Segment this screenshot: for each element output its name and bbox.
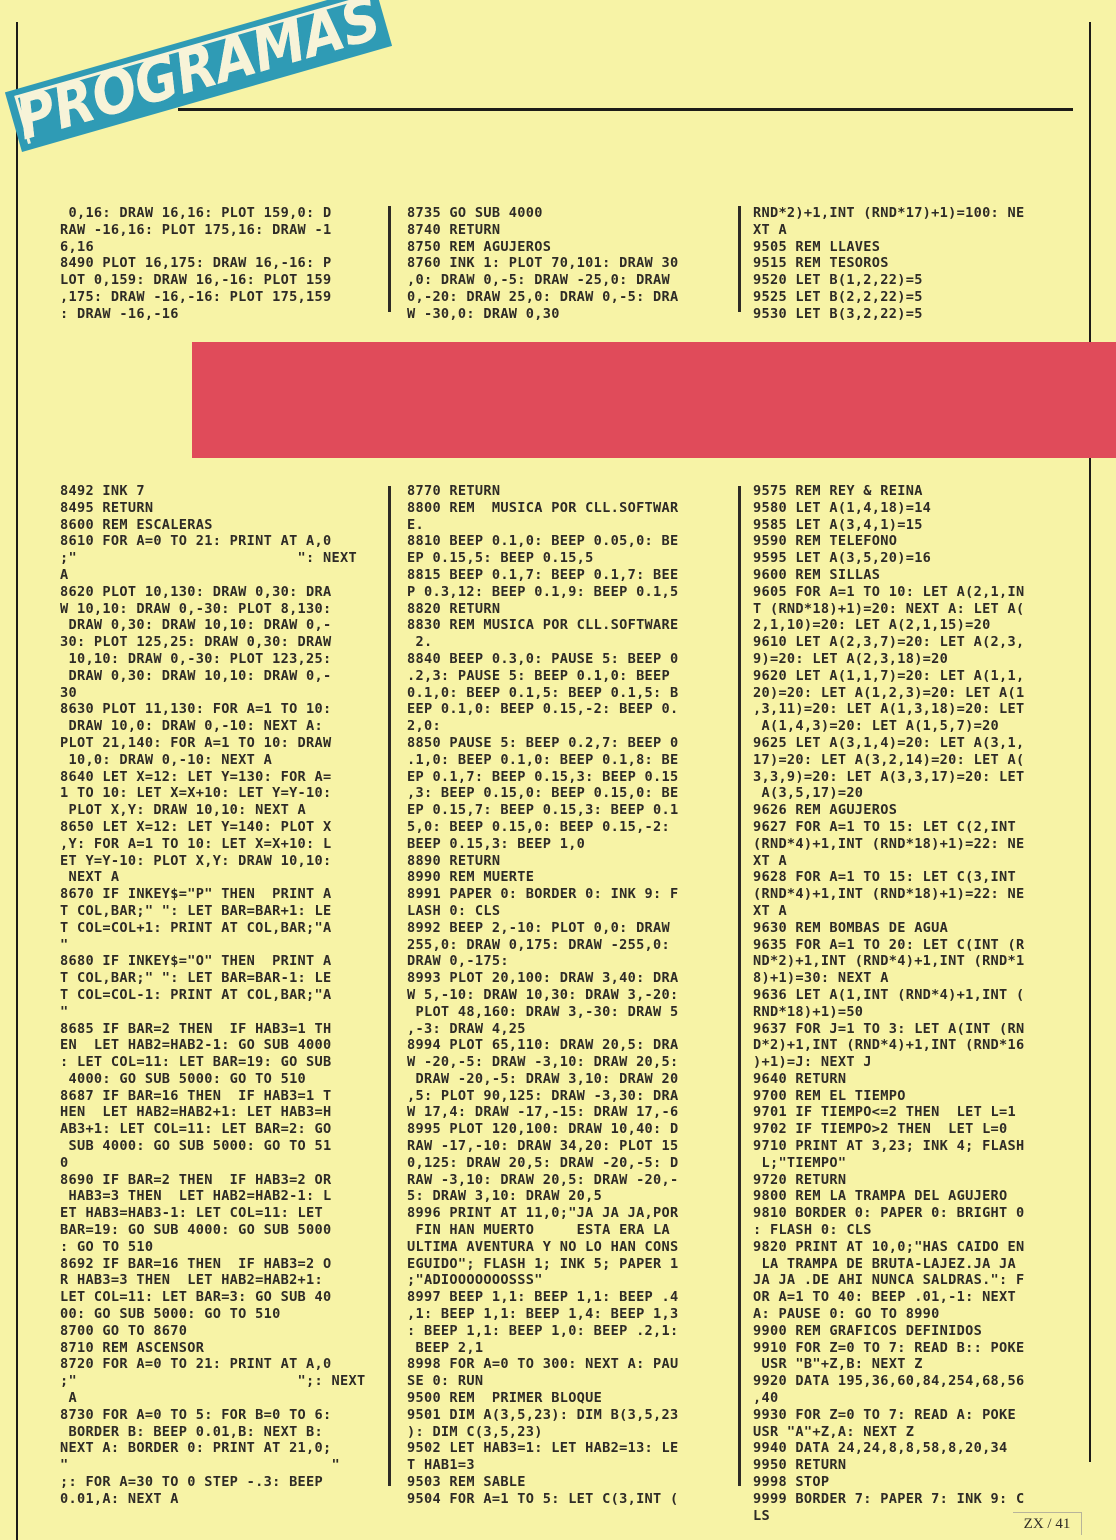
code-line: 8710 REM ASCENSOR [60, 1340, 365, 1357]
code-line: A(1,4,3)=20: LET A(1,5,7)=20 [753, 718, 1025, 735]
code-line: : FLASH 0: CLS [753, 1222, 1025, 1239]
code-line: LS [753, 1508, 1025, 1525]
code-line: (RND*4)+1,INT (RND*18)+1)=22: NE [753, 836, 1025, 853]
code-line: LA TRAMPA DE BRUTA-LAJEZ.JA JA [753, 1256, 1025, 1273]
column-separator [388, 206, 391, 312]
code-line: 9820 PRINT AT 10,0;"HAS CAIDO EN [753, 1239, 1025, 1256]
code-line: 9700 REM EL TIEMPO [753, 1088, 1025, 1105]
code-line: " " [60, 1457, 365, 1474]
code-line: 8990 REM MUERTE [407, 869, 679, 886]
code-line: EP 0.1,7: BEEP 0.15,3: BEEP 0.15 [407, 769, 679, 786]
code-line: HEN LET HAB2=HAB2+1: LET HAB3=H [60, 1104, 365, 1121]
code-line: 255,0: DRAW 0,175: DRAW -255,0: [407, 937, 679, 954]
code-line: 8490 PLOT 16,175: DRAW 16,-16: P [60, 255, 332, 272]
code-line: 8815 BEEP 0.1,7: BEEP 0.1,7: BEE [407, 567, 679, 584]
code-line: 8720 FOR A=0 TO 21: PRINT AT A,0 [60, 1356, 365, 1373]
code-line: LASH 0: CLS [407, 903, 679, 920]
code-line: 9520 LET B(1,2,22)=5 [753, 272, 1025, 289]
code-line: USR "B"+Z,B: NEXT Z [753, 1356, 1025, 1373]
code-line: 9600 REM SILLAS [753, 567, 1025, 584]
code-line: 8492 INK 7 [60, 483, 365, 500]
code-line: 3,3,9)=20: LET A(3,3,17)=20: LET [753, 769, 1025, 786]
section-logo: PROGRAMAS [5, 0, 392, 152]
code-line: 8687 IF BAR=16 THEN IF HAB3=1 T [60, 1088, 365, 1105]
code-line: 9930 FOR Z=0 TO 7: READ A: POKE [753, 1407, 1025, 1424]
column-separator [388, 486, 391, 1486]
code-line: 9625 LET A(3,1,4)=20: LET A(3,1, [753, 735, 1025, 752]
column-separator [738, 486, 741, 1486]
code-line: PLOT X,Y: DRAW 10,10: NEXT A [60, 802, 365, 819]
code-line: NEXT A: BORDER 0: PRINT AT 21,0; [60, 1440, 365, 1457]
code-line: JA JA .DE AHI NUNCA SALDRAS.": F [753, 1272, 1025, 1289]
code-line: 0,125: DRAW 20,5: DRAW -20,-5: D [407, 1155, 679, 1172]
code-line: 5,0: BEEP 0.15,0: BEEP 0.15,-2: [407, 819, 679, 836]
code-line: 0,16: DRAW 16,16: PLOT 159,0: D [60, 205, 332, 222]
code-line: (RND*4)+1,INT (RND*18)+1)=22: NE [753, 886, 1025, 903]
code-line: 8840 BEEP 0.3,0: PAUSE 5: BEEP 0 [407, 651, 679, 668]
code-line: 8610 FOR A=0 TO 21: PRINT AT A,0 [60, 533, 365, 550]
code-line: ;: FOR A=30 TO 0 STEP -.3: BEEP [60, 1474, 365, 1491]
code-line: 8750 REM AGUJEROS [407, 239, 679, 256]
code-line: 9920 DATA 195,36,60,84,254,68,56 [753, 1373, 1025, 1390]
code-line: USR "A"+Z,A: NEXT Z [753, 1424, 1025, 1441]
code-line: 9620 LET A(1,1,7)=20: LET A(1,1, [753, 668, 1025, 685]
code-line: RAW -16,16: PLOT 175,16: DRAW -1 [60, 222, 332, 239]
code-line: ET HAB3=HAB3-1: LET COL=11: LET [60, 1205, 365, 1222]
code-line: DRAW 0,-175: [407, 953, 679, 970]
code-line: 9800 REM LA TRAMPA DEL AGUJERO [753, 1188, 1025, 1205]
code-line: 8810 BEEP 0.1,0: BEEP 0.05,0: BE [407, 533, 679, 550]
code-line: 8620 PLOT 10,130: DRAW 0,30: DRA [60, 584, 365, 601]
code-line: ;" ": NEXT [60, 550, 365, 567]
code-line: 10,0: DRAW 0,-10: NEXT A [60, 752, 365, 769]
code-line: 9637 FOR J=1 TO 3: LET A(INT (RN [753, 1021, 1025, 1038]
code-line: 8890 RETURN [407, 853, 679, 870]
code-line: 30 [60, 685, 365, 702]
code-line: 9530 LET B(3,2,22)=5 [753, 306, 1025, 323]
code-line: : LET COL=11: LET BAR=19: GO SUB [60, 1054, 365, 1071]
code-line: ,3,11)=20: LET A(1,3,18)=20: LET [753, 701, 1025, 718]
column-separator [738, 206, 741, 312]
code-line: : DRAW -16,-16 [60, 306, 332, 323]
code-line: E. [407, 517, 679, 534]
bottom-code-column-1: 8492 INK 78495 RETURN8600 REM ESCALERAS8… [60, 483, 365, 1508]
code-line: 2. [407, 634, 679, 651]
code-line: 9605 FOR A=1 TO 10: LET A(2,1,IN [753, 584, 1025, 601]
code-line: ND*2)+1,INT (RND*4)+1,INT (RND*1 [753, 953, 1025, 970]
code-line: NEXT A [60, 869, 365, 886]
code-line: 8993 PLOT 20,100: DRAW 3,40: DRA [407, 970, 679, 987]
code-line: 8730 FOR A=0 TO 5: FOR B=0 TO 6: [60, 1407, 365, 1424]
code-line: ,Y: FOR A=1 TO 10: LET X=X+10: L [60, 836, 365, 853]
code-line: 8640 LET X=12: LET Y=130: FOR A= [60, 769, 365, 786]
code-line: 9580 LET A(1,4,18)=14 [753, 500, 1025, 517]
code-line: 0.01,A: NEXT A [60, 1491, 365, 1508]
code-line: 9702 IF TIEMPO>2 THEN LET L=0 [753, 1121, 1025, 1138]
code-line: 8)+1)=30: NEXT A [753, 970, 1025, 987]
bottom-code-column-2: 8770 RETURN8800 REM MUSICA POR CLL.SOFTW… [407, 483, 679, 1508]
code-line: SUB 4000: GO SUB 5000: GO TO 51 [60, 1138, 365, 1155]
code-line: 6,16 [60, 239, 332, 256]
code-line: 9626 REM AGUJEROS [753, 802, 1025, 819]
code-line: ,3: BEEP 0.15,0: BEEP 0.15,0: BE [407, 785, 679, 802]
code-line: T (RND*18)+1)=20: NEXT A: LET A( [753, 601, 1025, 618]
code-line: 9630 REM BOMBAS DE AGUA [753, 920, 1025, 937]
code-line: .1,0: BEEP 0.1,0: BEEP 0.1,8: BE [407, 752, 679, 769]
code-line: 10,10: DRAW 0,-30: PLOT 123,25: [60, 651, 365, 668]
code-line: 8800 REM MUSICA POR CLL.SOFTWAR [407, 500, 679, 517]
code-line: 9502 LET HAB3=1: LET HAB2=13: LE [407, 1440, 679, 1457]
code-line: 8670 IF INKEY$="P" THEN PRINT A [60, 886, 365, 903]
code-line: P 0.3,12: BEEP 0.1,9: BEEP 0.1,5 [407, 584, 679, 601]
code-line: BEEP 0.15,3: BEEP 1,0 [407, 836, 679, 853]
code-line: 20)=20: LET A(1,2,3)=20: LET A(1 [753, 685, 1025, 702]
code-line: 8690 IF BAR=2 THEN IF HAB3=2 OR [60, 1172, 365, 1189]
code-line: LET COL=11: LET BAR=3: GO SUB 40 [60, 1289, 365, 1306]
code-line: T HAB1=3 [407, 1457, 679, 1474]
code-line: 2,0: [407, 718, 679, 735]
code-line: ,0: DRAW 0,-5: DRAW -25,0: DRAW [407, 272, 679, 289]
page-frame-right [1089, 22, 1091, 1462]
code-line: 9636 LET A(1,INT (RND*4)+1,INT ( [753, 987, 1025, 1004]
code-line: 8760 INK 1: PLOT 70,101: DRAW 30 [407, 255, 679, 272]
code-line: T COL,BAR;" ": LET BAR=BAR-1: LE [60, 970, 365, 987]
code-line: L;"TIEMPO" [753, 1155, 1025, 1172]
code-line: " [60, 1004, 365, 1021]
code-line: T COL,BAR;" ": LET BAR=BAR+1: LE [60, 903, 365, 920]
code-line: DRAW 10,0: DRAW 0,-10: NEXT A: [60, 718, 365, 735]
code-line: 4000: GO SUB 5000: GO TO 510 [60, 1071, 365, 1088]
code-line: : GO TO 510 [60, 1239, 365, 1256]
code-line: OR A=1 TO 40: BEEP .01,-1: NEXT [753, 1289, 1025, 1306]
code-line: W -20,-5: DRAW -3,10: DRAW 20,5: [407, 1054, 679, 1071]
page-number: ZX / 41 [1013, 1512, 1082, 1535]
code-line: T COL=COL+1: PRINT AT COL,BAR;"A [60, 920, 365, 937]
code-line: XT A [753, 222, 1025, 239]
code-line: DRAW 0,30: DRAW 10,10: DRAW 0,- [60, 617, 365, 634]
code-line: ,1: BEEP 1,1: BEEP 1,4: BEEP 1,3 [407, 1306, 679, 1323]
code-line: A: PAUSE 0: GO TO 8990 [753, 1306, 1025, 1323]
code-line: 0 [60, 1155, 365, 1172]
code-line: 9503 REM SABLE [407, 1474, 679, 1491]
code-line: 8997 BEEP 1,1: BEEP 1,1: BEEP .4 [407, 1289, 679, 1306]
code-line: 9505 REM LLAVES [753, 239, 1025, 256]
code-line: XT A [753, 903, 1025, 920]
code-line: 8650 LET X=12: LET Y=140: PLOT X [60, 819, 365, 836]
page-frame-left [16, 22, 18, 1540]
code-line: 9501 DIM A(3,5,23): DIM B(3,5,23 [407, 1407, 679, 1424]
section-title: PROGRAMAS [9, 0, 388, 154]
code-line: 9635 FOR A=1 TO 20: LET C(INT (R [753, 937, 1025, 954]
code-line: HAB3=3 THEN LET HAB2=HAB2-1: L [60, 1188, 365, 1205]
code-line: BAR=19: GO SUB 4000: GO SUB 5000 [60, 1222, 365, 1239]
code-line: 9999 BORDER 7: PAPER 7: INK 9: C [753, 1491, 1025, 1508]
code-line: 9525 LET B(2,2,22)=5 [753, 289, 1025, 306]
code-line: ,5: PLOT 90,125: DRAW -3,30: DRA [407, 1088, 679, 1105]
code-line: PLOT 48,160: DRAW 3,-30: DRAW 5 [407, 1004, 679, 1021]
code-line: 9810 BORDER 0: PAPER 0: BRIGHT 0 [753, 1205, 1025, 1222]
code-line: 9940 DATA 24,24,8,8,58,8,20,34 [753, 1440, 1025, 1457]
code-line: 8998 FOR A=0 TO 300: NEXT A: PAU [407, 1356, 679, 1373]
code-line: 8991 PAPER 0: BORDER 0: INK 9: F [407, 886, 679, 903]
code-line: 9590 REM TELEFONO [753, 533, 1025, 550]
code-line: ET Y=Y-10: PLOT X,Y: DRAW 10,10: [60, 853, 365, 870]
code-line: RND*2)+1,INT (RND*17)+1)=100: NE [753, 205, 1025, 222]
code-line: 8994 PLOT 65,110: DRAW 20,5: DRA [407, 1037, 679, 1054]
code-line: 8996 PRINT AT 11,0;"JA JA JA,POR [407, 1205, 679, 1222]
code-line: 30: PLOT 125,25: DRAW 0,30: DRAW [60, 634, 365, 651]
code-line: ,-3: DRAW 4,25 [407, 1021, 679, 1038]
code-line: ,175: DRAW -16,-16: PLOT 175,159 [60, 289, 332, 306]
code-line: : BEEP 1,1: BEEP 1,0: BEEP .2,1: [407, 1323, 679, 1340]
code-line: 8692 IF BAR=16 THEN IF HAB3=2 O [60, 1256, 365, 1273]
code-line: BEEP 2,1 [407, 1340, 679, 1357]
red-banner-band [192, 342, 1116, 458]
code-line: ,40 [753, 1390, 1025, 1407]
code-line: 9595 LET A(3,5,20)=16 [753, 550, 1025, 567]
code-line: W -30,0: DRAW 0,30 [407, 306, 679, 323]
code-line: 0,-20: DRAW 25,0: DRAW 0,-5: DRA [407, 289, 679, 306]
code-line: 9628 FOR A=1 TO 15: LET C(3,INT [753, 869, 1025, 886]
code-line: 8770 RETURN [407, 483, 679, 500]
code-line: 9575 REM REY & REINA [753, 483, 1025, 500]
code-line: 9710 PRINT AT 3,23; INK 4; FLASH [753, 1138, 1025, 1155]
code-line: EP 0.15,7: BEEP 0.15,3: BEEP 0.1 [407, 802, 679, 819]
code-line: SE 0: RUN [407, 1373, 679, 1390]
code-line: 9515 REM TESOROS [753, 255, 1025, 272]
code-line: 9)=20: LET A(2,3,18)=20 [753, 651, 1025, 668]
code-line: ;" ";: NEXT [60, 1373, 365, 1390]
code-line: 9627 FOR A=1 TO 15: LET C(2,INT [753, 819, 1025, 836]
top-code-column-2: 8735 GO SUB 40008740 RETURN8750 REM AGUJ… [407, 205, 679, 323]
code-line: 8685 IF BAR=2 THEN IF HAB3=1 TH [60, 1021, 365, 1038]
code-line: EP 0.15,5: BEEP 0.15,5 [407, 550, 679, 567]
code-line: 9500 REM PRIMER BLOQUE [407, 1390, 679, 1407]
code-line: 8600 REM ESCALERAS [60, 517, 365, 534]
code-line: 9900 REM GRAFICOS DEFINIDOS [753, 1323, 1025, 1340]
code-line: 8700 GO TO 8670 [60, 1323, 365, 1340]
code-line: 9910 FOR Z=0 TO 7: READ B:: POKE [753, 1340, 1025, 1357]
top-code-column-3: RND*2)+1,INT (RND*17)+1)=100: NEXT A9505… [753, 205, 1025, 323]
code-line: 0.1,0: BEEP 0.1,5: BEEP 0.1,5: B [407, 685, 679, 702]
code-line: PLOT 21,140: FOR A=1 TO 10: DRAW [60, 735, 365, 752]
code-line: EN LET HAB2=HAB2-1: GO SUB 4000 [60, 1037, 365, 1054]
code-line: DRAW -20,-5: DRAW 3,10: DRAW 20 [407, 1071, 679, 1088]
code-line: W 10,10: DRAW 0,-30: PLOT 8,130: [60, 601, 365, 618]
code-line: 9640 RETURN [753, 1071, 1025, 1088]
code-line: 8830 REM MUSICA POR CLL.SOFTWARE [407, 617, 679, 634]
header-rule [178, 108, 1073, 111]
code-line: A(3,5,17)=20 [753, 785, 1025, 802]
code-line: 8850 PAUSE 5: BEEP 0.2,7: BEEP 0 [407, 735, 679, 752]
code-line: FIN HAN MUERTO ESTA ERA LA [407, 1222, 679, 1239]
code-line: AB3+1: LET COL=11: LET BAR=2: GO [60, 1121, 365, 1138]
bottom-code-column-3: 9575 REM REY & REINA9580 LET A(1,4,18)=1… [753, 483, 1025, 1524]
code-line: 8820 RETURN [407, 601, 679, 618]
code-line: W 17,4: DRAW -17,-15: DRAW 17,-6 [407, 1104, 679, 1121]
code-line: W 5,-10: DRAW 10,30: DRAW 3,-20: [407, 987, 679, 1004]
code-line: 8680 IF INKEY$="O" THEN PRINT A [60, 953, 365, 970]
code-line: 9998 STOP [753, 1474, 1025, 1491]
code-line: D*2)+1,INT (RND*4)+1,INT (RND*16 [753, 1037, 1025, 1054]
code-line: RAW -3,10: DRAW 20,5: DRAW -20,- [407, 1172, 679, 1189]
code-line: 8740 RETURN [407, 222, 679, 239]
code-line: " [60, 937, 365, 954]
code-line: 00: GO SUB 5000: GO TO 510 [60, 1306, 365, 1323]
code-line: ): DIM C(3,5,23) [407, 1424, 679, 1441]
code-line: 9504 FOR A=1 TO 5: LET C(3,INT ( [407, 1491, 679, 1508]
code-line: DRAW 0,30: DRAW 10,10: DRAW 0,- [60, 668, 365, 685]
code-line: XT A [753, 853, 1025, 870]
code-line: 9585 LET A(3,4,1)=15 [753, 517, 1025, 534]
top-code-column-1: 0,16: DRAW 16,16: PLOT 159,0: DRAW -16,1… [60, 205, 332, 323]
code-line: RAW -17,-10: DRAW 34,20: PLOT 15 [407, 1138, 679, 1155]
code-line: 8735 GO SUB 4000 [407, 205, 679, 222]
code-line: A [60, 1390, 365, 1407]
code-line: ULTIMA AVENTURA Y NO LO HAN CONS [407, 1239, 679, 1256]
code-line: .2,3: PAUSE 5: BEEP 0.1,0: BEEP [407, 668, 679, 685]
code-line: ;"ADIOOOOOOOSSS" [407, 1272, 679, 1289]
code-line: 8992 BEEP 2,-10: PLOT 0,0: DRAW [407, 920, 679, 937]
code-line: T COL=COL-1: PRINT AT COL,BAR;"A [60, 987, 365, 1004]
code-line: 5: DRAW 3,10: DRAW 20,5 [407, 1188, 679, 1205]
code-line: LOT 0,159: DRAW 16,-16: PLOT 159 [60, 272, 332, 289]
code-line: 9701 IF TIEMPO<=2 THEN LET L=1 [753, 1104, 1025, 1121]
code-line: BORDER B: BEEP 0.01,B: NEXT B: [60, 1424, 365, 1441]
code-line: 8495 RETURN [60, 500, 365, 517]
code-line: EGUIDO"; FLASH 1; INK 5; PAPER 1 [407, 1256, 679, 1273]
code-line: A [60, 567, 365, 584]
code-line: EEP 0.1,0: BEEP 0.15,-2: BEEP 0. [407, 701, 679, 718]
code-line: 8995 PLOT 120,100: DRAW 10,40: D [407, 1121, 679, 1138]
code-line: 9720 RETURN [753, 1172, 1025, 1189]
code-line: 2,1,10)=20: LET A(2,1,15)=20 [753, 617, 1025, 634]
code-line: 9950 RETURN [753, 1457, 1025, 1474]
code-line: RND*18)+1)=50 [753, 1004, 1025, 1021]
code-line: )+1)=J: NEXT J [753, 1054, 1025, 1071]
code-line: 17)=20: LET A(3,2,14)=20: LET A( [753, 752, 1025, 769]
code-line: 8630 PLOT 11,130: FOR A=1 TO 10: [60, 701, 365, 718]
code-line: 9610 LET A(2,3,7)=20: LET A(2,3, [753, 634, 1025, 651]
code-line: 1 TO 10: LET X=X+10: LET Y=Y-10: [60, 785, 365, 802]
code-line: R HAB3=3 THEN LET HAB2=HAB2+1: [60, 1272, 365, 1289]
